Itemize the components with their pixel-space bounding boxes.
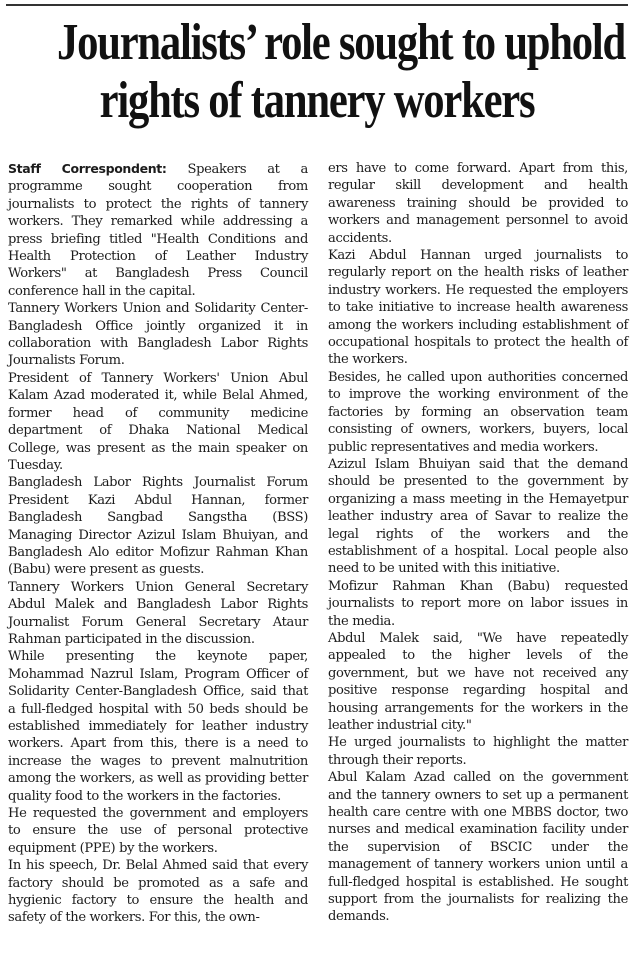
- paragraph: ers have to come forward. Apart from thi…: [328, 160, 628, 247]
- paragraph: Abul Kalam Azad called on the government…: [328, 769, 628, 926]
- top-rule-divider: [6, 4, 628, 6]
- article-body: Staff Correspondent: Speakers at a progr…: [8, 160, 628, 927]
- headline-line-1: Journalists’ role sought to uphold: [57, 14, 577, 72]
- paragraph: In his speech, Dr. Belal Ahmed said that…: [8, 857, 308, 927]
- paragraph: While presenting the keynote paper, Moha…: [8, 648, 308, 805]
- byline: Staff Correspondent:: [8, 161, 167, 176]
- paragraph: Mofizur Rahman Khan (Babu) requested jou…: [328, 578, 628, 630]
- paragraph: Bangladesh Labor Rights Journalist Forum…: [8, 474, 308, 578]
- paragraph: He urged journalists to highlight the ma…: [328, 734, 628, 769]
- paragraph: Kazi Abdul Hannan urged journalists to r…: [328, 247, 628, 369]
- paragraph: Tannery Workers Union General Secretary …: [8, 579, 308, 649]
- paragraph: He requested the government and employer…: [8, 805, 308, 857]
- paragraph: Azizul Islam Bhuiyan said that the deman…: [328, 456, 628, 578]
- right-column: ers have to come forward. Apart from thi…: [328, 160, 628, 927]
- paragraph: President of Tannery Workers' Union Abul…: [8, 370, 308, 474]
- paragraph: Tannery Workers Union and Solidarity Cen…: [8, 300, 308, 370]
- paragraph: Besides, he called upon authorities conc…: [328, 369, 628, 456]
- paragraph: Staff Correspondent: Speakers at a progr…: [8, 160, 308, 300]
- headline-line-2: rights of tannery workers: [57, 72, 577, 130]
- article-headline: Journalists’ role sought to uphold right…: [57, 14, 577, 130]
- paragraph: Abdul Malek said, "We have repeatedly ap…: [328, 630, 628, 734]
- paragraph-text: Speakers at a programme sought cooperati…: [8, 162, 308, 299]
- left-column: Staff Correspondent: Speakers at a progr…: [8, 160, 308, 927]
